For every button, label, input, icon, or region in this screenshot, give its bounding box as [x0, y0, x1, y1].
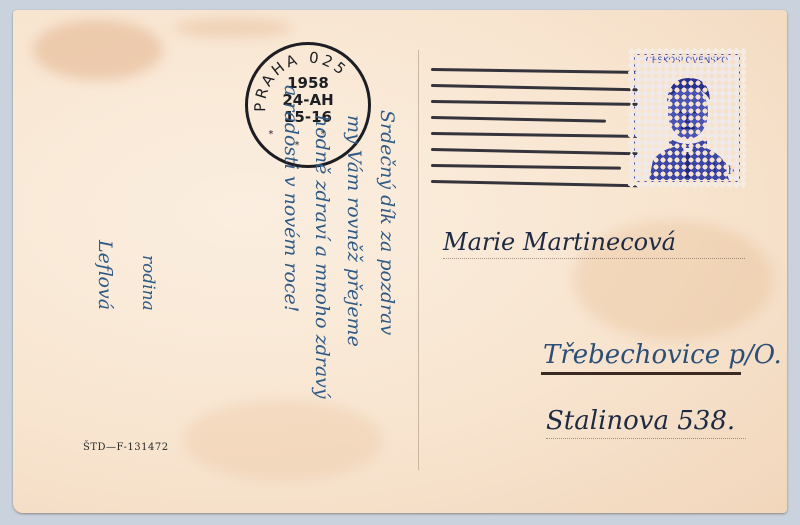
cancellation-line: [431, 116, 606, 123]
message-line: hodně zdraví a mnoho zdravý: [311, 115, 333, 399]
signature-line: rodina: [138, 255, 158, 311]
address-dotted-line: [546, 438, 746, 439]
cancellation-lines: [431, 60, 641, 190]
message-line: Srdečný dík za pozdrav: [376, 110, 398, 335]
stamp-value: 30h: [706, 159, 735, 179]
postmark-day: 24-AH: [248, 92, 368, 109]
cancellation-line: [431, 84, 639, 91]
recipient-street: Stalinova 538.: [546, 406, 735, 436]
message-line: a radosti v novém roce!: [280, 85, 302, 312]
recipient-city: Třebechovice p/O.: [543, 340, 782, 370]
cancellation-line: [431, 68, 639, 74]
postage-stamp: ČESKOSLOVENSKO 30h: [628, 48, 746, 188]
cancellation-line: [431, 100, 639, 106]
address-dotted-line: [443, 258, 745, 259]
cancellation-line: [431, 164, 621, 170]
cancellation-line: [431, 132, 639, 138]
age-stain: [173, 18, 293, 38]
stamp-country: ČESKOSLOVENSKO: [635, 56, 739, 66]
age-stain: [183, 400, 383, 480]
message-line: my Vám rovněž přejeme: [343, 115, 365, 347]
recipient-name: Marie Martinecová: [443, 228, 676, 256]
signature-line: Leflová: [94, 240, 116, 310]
cancellation-line: [431, 180, 639, 187]
print-code: ŠTD—F-131472: [83, 442, 169, 453]
postmark-year: 1958: [248, 75, 368, 92]
city-underline: [541, 372, 741, 375]
cancellation-line: [431, 148, 639, 155]
center-divider: [418, 50, 419, 470]
postcard: PRAHA 025 1958 24-AH 15-16 * * * ČESKOSL…: [13, 10, 787, 513]
age-stain: [33, 20, 163, 80]
